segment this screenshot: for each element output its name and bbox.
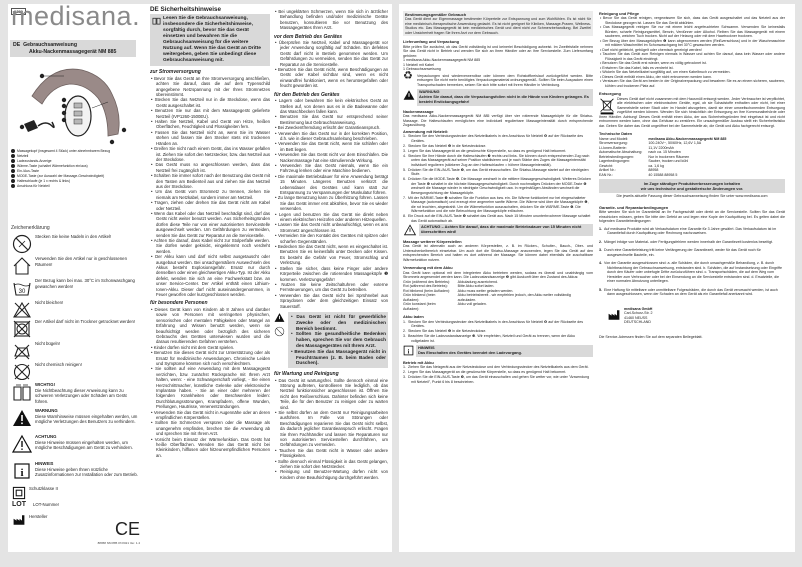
info-icon: i xyxy=(403,345,414,356)
packaging-warning: WARNUNGAchten Sie darauf, dass die Verpa… xyxy=(403,89,593,105)
list-item: Der Bezug über den Massageköpfen ❶ kann … xyxy=(599,39,785,48)
list-item: Bevor Sie das Gerät reinigen, vergewisse… xyxy=(599,16,785,25)
list-item: Das Gerät ist nicht für gewerbliche Zwec… xyxy=(290,314,386,331)
delivery-item: 1 Gebrauchsanweisung xyxy=(403,67,593,72)
warranty-intro: Bitte wenden Sie sich im Garantiefall an… xyxy=(599,210,785,224)
manufacturer-icon xyxy=(12,514,26,526)
symbol-row: LOT LOT-Nummer xyxy=(12,502,140,508)
highlight-block: Das Gerät ist nicht für gewerbliche Zwec… xyxy=(274,312,388,368)
recycle-text: Verpackungen sind wiederverwendbar oder … xyxy=(417,74,593,88)
list-item: Wenn das Kabel oder das Netzteil beschäd… xyxy=(150,211,270,238)
step: 1. Stecken Sie den Verbindungsstecker de… xyxy=(403,320,593,329)
power-list: Bevor Sie das Gerät an Ihre Stromversorg… xyxy=(150,76,270,298)
ce-mark-icon: CE xyxy=(115,527,140,532)
symbol-row: Der Artikel darf nicht im Trockner getro… xyxy=(12,319,140,339)
highlight-box: Das Gerät ist nicht für gewerbliche Zwec… xyxy=(288,312,388,368)
list-item: Tragen, ziehen oder drehen Sie das Gerät… xyxy=(150,200,270,211)
top-list: Bei ungeklärten Schmerzen, wenn Sie sich… xyxy=(274,9,388,31)
list-item: Benutzen Sie dieses Gerät nicht zur Unte… xyxy=(150,350,270,366)
no-tumble-dry-icon xyxy=(12,319,32,339)
list-item: Verwenden Sie das Gerät nicht, wenn Sie … xyxy=(274,141,388,152)
list-item: Vorsicht beim Einsatz der Wärmefunktion.… xyxy=(150,437,270,459)
list-item: Halten Sie Netzteil, Kabel und Gerät von… xyxy=(150,119,270,130)
mains-steps: 1. Stecken Sie den Verbindungsstecker de… xyxy=(403,134,593,223)
no-shower-icon xyxy=(274,326,285,337)
warning-text: Achten Sie darauf, dass die Verpackungsf… xyxy=(419,95,591,105)
list-item: Das Gerät muss so angeschlossen werden, … xyxy=(150,162,270,173)
number-badge-icon xyxy=(11,154,15,158)
right-column-2: Reinigung und Pflege Bevor Sie das Gerät… xyxy=(599,4,785,340)
warranty-list: 1. Auf medisana Produkte wird ab Verkauf… xyxy=(599,227,785,297)
step: 5. Drücken Sie die EIN-/AUS-Taste ❺, um … xyxy=(403,168,593,177)
list-item: Benutzen Sie das Gerät nicht, wenn Besch… xyxy=(274,67,388,89)
list-item: Sollten Sie gesundheitliche Bedenken hab… xyxy=(290,331,386,348)
step: 2. Stecken Sie das Netzteil ❷ in die Net… xyxy=(403,329,593,334)
step: 3. Legen Sie das Massagegerät an die gew… xyxy=(403,149,593,154)
symbol-row: Nicht chemisch reinigen! xyxy=(12,362,140,382)
list-item: Reinigung und Benutzer-Wartung dürfen ni… xyxy=(274,469,388,480)
symbol-row: Nicht bügeln! xyxy=(12,341,140,361)
number-badge-icon xyxy=(11,184,15,188)
list-item: Stecken Sie das Netzteil nur in die Stec… xyxy=(150,97,270,108)
changes-notice: Im Zuge ständiger Produktverbesserungen … xyxy=(599,179,785,193)
list-item: Sollte dennoch einmal Flüssigkeit in das… xyxy=(274,459,388,470)
title-lang: DE xyxy=(13,42,20,48)
symbol-row: i HINWEISDiese Hinweise geben Ihnen nütz… xyxy=(12,461,140,481)
svg-text:30: 30 xyxy=(19,289,26,295)
list-item: Legen und benutzen Sie das Gerät nie dir… xyxy=(274,212,388,223)
operation-list: Lagern oder bewahren Sie kein elektrisch… xyxy=(274,98,388,309)
list-item: Das Massagegerät reinigen Sie nur mit ei… xyxy=(599,25,785,39)
step: 8. Ein Druck auf die EIN-/AUS-Taste ❺ sc… xyxy=(403,214,593,223)
no-needles-icon xyxy=(12,234,32,254)
step: 4. Stecken Sie Ihre Hände durch die Halt… xyxy=(403,154,593,168)
brand-logo: medisana. xyxy=(11,14,140,19)
disposal-text-block: Dieses Gerät darf nicht zusammen mit dem… xyxy=(599,97,785,129)
symbol-row: Schutzklasse II xyxy=(12,486,140,500)
list-item: Sie sollten auf eine Anwendung mit dem M… xyxy=(150,366,270,409)
battery-operation-steps: 1. Ziehen Sie das Netzgerät aus der Netz… xyxy=(403,365,593,384)
manual-book-icon xyxy=(12,382,32,402)
list-item: Zu lange Benutzung kann zu Überhitzung f… xyxy=(274,195,388,211)
warning-box: WARNUNGAchten Sie darauf, dass die Verpa… xyxy=(417,89,593,105)
symbol-row: WICHTIG!Die Nichtbeachtung dieser Anweis… xyxy=(12,382,140,404)
before-operation-list: Überprüfen Sie Netzteil, Kabel und Massa… xyxy=(274,40,388,89)
lot-icon: LOT xyxy=(12,502,30,508)
symbol-row: WARNUNGDiese Warnhinweise müssen eingeha… xyxy=(12,408,140,428)
list-item: Stellen Sie sicher, dass keine Finger od… xyxy=(274,266,388,282)
protection-class-2-icon xyxy=(12,486,26,500)
intended-use-box: Bestimmungsgemäßer Gebrauch Das Gerät di… xyxy=(403,11,593,36)
warranty-item: 1. Auf medisana Produkte wird ab Verkauf… xyxy=(599,227,785,236)
step: 3. Drücken Sie die EIN-/AUS-Taste ❺, um … xyxy=(403,375,593,384)
list-item: Dieses Gerät kann von Kindern ab 8 Jahre… xyxy=(150,307,270,345)
other-areas-text: Das Gerät ist alternativ auch an anderen… xyxy=(403,244,593,262)
list-item: Fassen Sie das Netzteil nicht an, wenn S… xyxy=(150,130,270,146)
list-item: Bedecken Sie das Gerät nicht, wenn es ei… xyxy=(274,244,388,266)
title-line2: Akku-Nackenmassagegerät NM 885 xyxy=(13,49,133,56)
step: 3. Beachten Sie die Ladezustandsanzeige … xyxy=(403,334,593,343)
list-item: Greifen Sie nicht nach einem Gerät, das … xyxy=(150,146,270,162)
note-content: HINWEISDas Einschalten des Gerätes beend… xyxy=(416,345,593,357)
version-info: 88958 NM 885 07/2021 Ver. 1.4 xyxy=(98,541,140,546)
svg-text:i: i xyxy=(20,467,23,479)
warranty-item: 2. Mängel infolge von Material- oder Fer… xyxy=(599,240,785,245)
current-version-note: Die jeweils aktuelle Fassung dieser Gebr… xyxy=(599,194,785,199)
right-page: Bestimmungsgemäßer Gebrauch Das Gerät di… xyxy=(399,4,795,552)
list-item: Benutzen Sie nur das mit dem Massagegerä… xyxy=(150,108,270,119)
number-badge-icon xyxy=(11,159,15,163)
number-badge-icon xyxy=(11,164,15,168)
safety-column-2: Bei ungeklärten Schmerzen, wenn Sie sich… xyxy=(274,4,388,480)
info-icon: i xyxy=(12,461,32,481)
neck-massage-text: Das medisana Akku-Nackenmassagegerät NM … xyxy=(403,114,593,128)
list-item: Nutzen Sie keine Zeitschaltuhren oder ex… xyxy=(274,282,388,293)
caution-outline-icon xyxy=(12,434,32,454)
list-item: Tauchen Sie das Gerät nicht in Wasser od… xyxy=(274,448,388,459)
parts-legend: Massagekopf (insgesamt 4 Stück) unter ab… xyxy=(11,149,141,189)
list-item: Verwenden Sie das Gerät nicht vor dem Ei… xyxy=(274,152,388,163)
symbol-row: Stecken Sie keine Nadeln in den Artikel! xyxy=(12,234,140,254)
indoor-house-icon xyxy=(12,256,32,276)
list-item: Bei ungeklärten Schmerzen, wenn Sie sich… xyxy=(274,9,388,31)
left-page: 0309 medisana. DE Gebrauchsanweisung Akk… xyxy=(8,4,392,552)
weee-bin-icon xyxy=(599,97,615,115)
caution-outline-icon xyxy=(403,224,417,236)
step: 2. Stecken Sie das Netzteil ❷ in die Net… xyxy=(403,144,593,149)
symbol-row: 30 Der Bezug kann bei max. 30°C im Schon… xyxy=(12,278,140,298)
safety-column-1: DE Sicherheitshinweise Lesen Sie die Geb… xyxy=(150,4,270,458)
no-iron-icon xyxy=(12,341,32,361)
no-bleach-icon xyxy=(12,300,32,320)
maintenance-list: Das Gerät ist wartungsfrei. Sollte denno… xyxy=(274,378,388,481)
symbol-row: ACHTUNGDiese Hinweise müssen eingehalten… xyxy=(12,434,140,454)
cover-column: 0309 medisana. DE Gebrauchsanweisung Akk… xyxy=(8,4,146,552)
number-badge-icon xyxy=(11,179,15,183)
list-item: Lagern oder bewahren Sie kein elektrisch… xyxy=(274,98,388,114)
warning-filled-icon xyxy=(403,89,415,101)
list-item: Benutzen Sie das Gerät nur entsprechend … xyxy=(274,114,388,125)
list-item: Überprüfen Sie Netzteil, Kabel und Massa… xyxy=(274,40,388,67)
manual-book-icon xyxy=(152,16,161,25)
manufacturer-address: medisana GmbH Carl-Schurz-Str. 2 41460 N… xyxy=(599,307,785,325)
list-item: Das Gerät ist wartungsfrei. Sollte denno… xyxy=(274,378,388,410)
recycle-note: ♻ Verpackungen sind wiederverwendbar ode… xyxy=(403,74,593,88)
list-item: Bevor Sie das Gerät an Ihre Stromversorg… xyxy=(150,76,270,98)
intended-use-text: Das Gerät dient zur Eigenmassage bestimm… xyxy=(405,17,591,35)
warranty-item: 4. Von der Garantie ausgeschlossen sind:… xyxy=(599,261,785,284)
warning-filled-icon xyxy=(12,408,32,428)
warning-filled-icon xyxy=(274,312,285,323)
step: 1. Ziehen Sie das Netzgerät aus der Netz… xyxy=(403,365,593,370)
safety-intro-box: Lesen Sie die Gebrauchsanweisung, insbes… xyxy=(150,14,270,66)
number-badge-icon xyxy=(11,169,15,173)
recycle-icon: ♻ xyxy=(403,74,417,88)
step: 2. Legen Sie das Massagegerät an die gew… xyxy=(403,370,593,375)
svg-text:i: i xyxy=(408,349,410,355)
list-item: Sie selbst dürfen an dem Gerät nur Reini… xyxy=(274,410,388,448)
highlight-icons xyxy=(274,312,288,368)
list-item: Lassen Sie das Gerät nicht unbeaufsichti… xyxy=(274,222,388,233)
list-item: Achten Sie darauf, dass Kabel nicht zur … xyxy=(150,238,270,254)
list-item: Vermeiden Sie den Kontakt des Gerätes mi… xyxy=(274,233,388,244)
charge-steps: 1. Stecken Sie den Verbindungsstecker de… xyxy=(403,320,593,344)
table-row: EAN Nr.:40 15588 88958 5 xyxy=(599,173,732,178)
list-item: Benutzen Sie das Massagegerät nicht in F… xyxy=(290,349,386,366)
list-item: Bei Zweckentfremdung erlischt der Garant… xyxy=(274,125,388,130)
list-item: Sollten Sie Schmerzen verspüren oder die… xyxy=(150,420,270,436)
list-item: Verwenden Sie das Gerät nicht bei Sprühn… xyxy=(274,293,388,309)
symbols-heading: Zeichenerklärung xyxy=(11,226,50,231)
step: 7. Mit der WÄRME-Taste ❹ schalten Sie di… xyxy=(403,196,593,214)
list-item: Verwenden Sie das Gerät nicht in Augennä… xyxy=(150,410,270,421)
safety-heading: DE Sicherheitshinweise xyxy=(150,7,270,12)
list-item: Verwenden Sie das Gerät niemals, wenn Si… xyxy=(274,163,388,174)
no-dry-clean-icon xyxy=(12,362,32,382)
warranty-item: 5. Eine Haftung für mittelbare oder unmi… xyxy=(599,288,785,297)
list-item: Die maximale Betriebsdauer für eine Anwe… xyxy=(274,174,388,196)
wash-30-icon: 30 xyxy=(12,278,32,298)
note-box: i HINWEISDas Einschalten des Gerätes bee… xyxy=(403,345,593,357)
step: 6. Drücken Sie die MODE-Taste ❻. Die Mas… xyxy=(403,177,593,195)
title-line1: Gebrauchsanweisung xyxy=(23,42,77,48)
charge-state-table: Grün (während des Betriebs):Akkuladung a… xyxy=(403,280,593,312)
table-row: Grün konstant (beim Aufladen):Akku voll … xyxy=(403,302,593,311)
part-item: Anschluss für Netzteil xyxy=(11,184,141,189)
caution-note: ACHTUNG – Achten Sie darauf, dass die ma… xyxy=(403,224,593,236)
persons-list: Dieses Gerät kann von Kindern ab 8 Jahre… xyxy=(150,307,270,458)
warranty-item: 3. Durch eine Garantieleistung tritt kei… xyxy=(599,248,785,257)
list-item: Verwenden Sie das Gerät nur in der korre… xyxy=(274,131,388,142)
list-item: Verstauen Sie das Gerät am besten in der… xyxy=(599,79,785,88)
number-badge-icon xyxy=(11,174,15,178)
service-note: Die Service-Adressen finden Sie auf dem … xyxy=(599,335,785,340)
list-item: Schalten Sie immer sofort nach der Benut… xyxy=(150,173,270,189)
note-text: Das Einschalten des Gerätes beendet den … xyxy=(418,351,591,356)
table-row: Grün blinkend (beim Aufladen):Akku betri… xyxy=(403,293,593,302)
right-column-1: Bestimmungsgemäßer Gebrauch Das Gerät di… xyxy=(403,4,593,385)
caution-text: ACHTUNG – Achten Sie darauf, dass die ma… xyxy=(419,224,593,236)
list-item: Um das Gerät vom Stromnetz zu trennen, z… xyxy=(150,189,270,200)
symbol-row: Verwenden Sie den Artikel nur in geschlo… xyxy=(12,256,140,276)
number-badge-icon xyxy=(11,149,15,153)
battery-use-text: Das Gerät kann optional mit dem integrie… xyxy=(403,271,593,280)
step: 1. Stecken Sie den Verbindungsstecker de… xyxy=(403,134,593,143)
country: DEUTSCHLAND xyxy=(624,320,653,325)
tech-specs-table: Name und Modell:medisana Akku-Nackenmass… xyxy=(599,137,732,178)
manufacturer-icon xyxy=(607,309,621,321)
delivery-text: Bitte prüfen Sie zunächst, ob das Gerät … xyxy=(403,45,593,59)
product-illustration xyxy=(12,56,140,148)
list-item: Der Akku kann und darf nicht selbst ausg… xyxy=(150,254,270,297)
manual-title: DE Gebrauchsanweisung Akku-Nackenmassage… xyxy=(10,40,136,57)
cleaning-list: Bevor Sie das Gerät reinigen, vergewisse… xyxy=(599,16,785,88)
notice-line2: wir uns technische und gestalterische Än… xyxy=(601,186,783,191)
list-item: Tauchen Sie das Gerät zum Reinigen niema… xyxy=(599,52,785,61)
symbol-row: Nicht bleichen! xyxy=(12,300,140,320)
